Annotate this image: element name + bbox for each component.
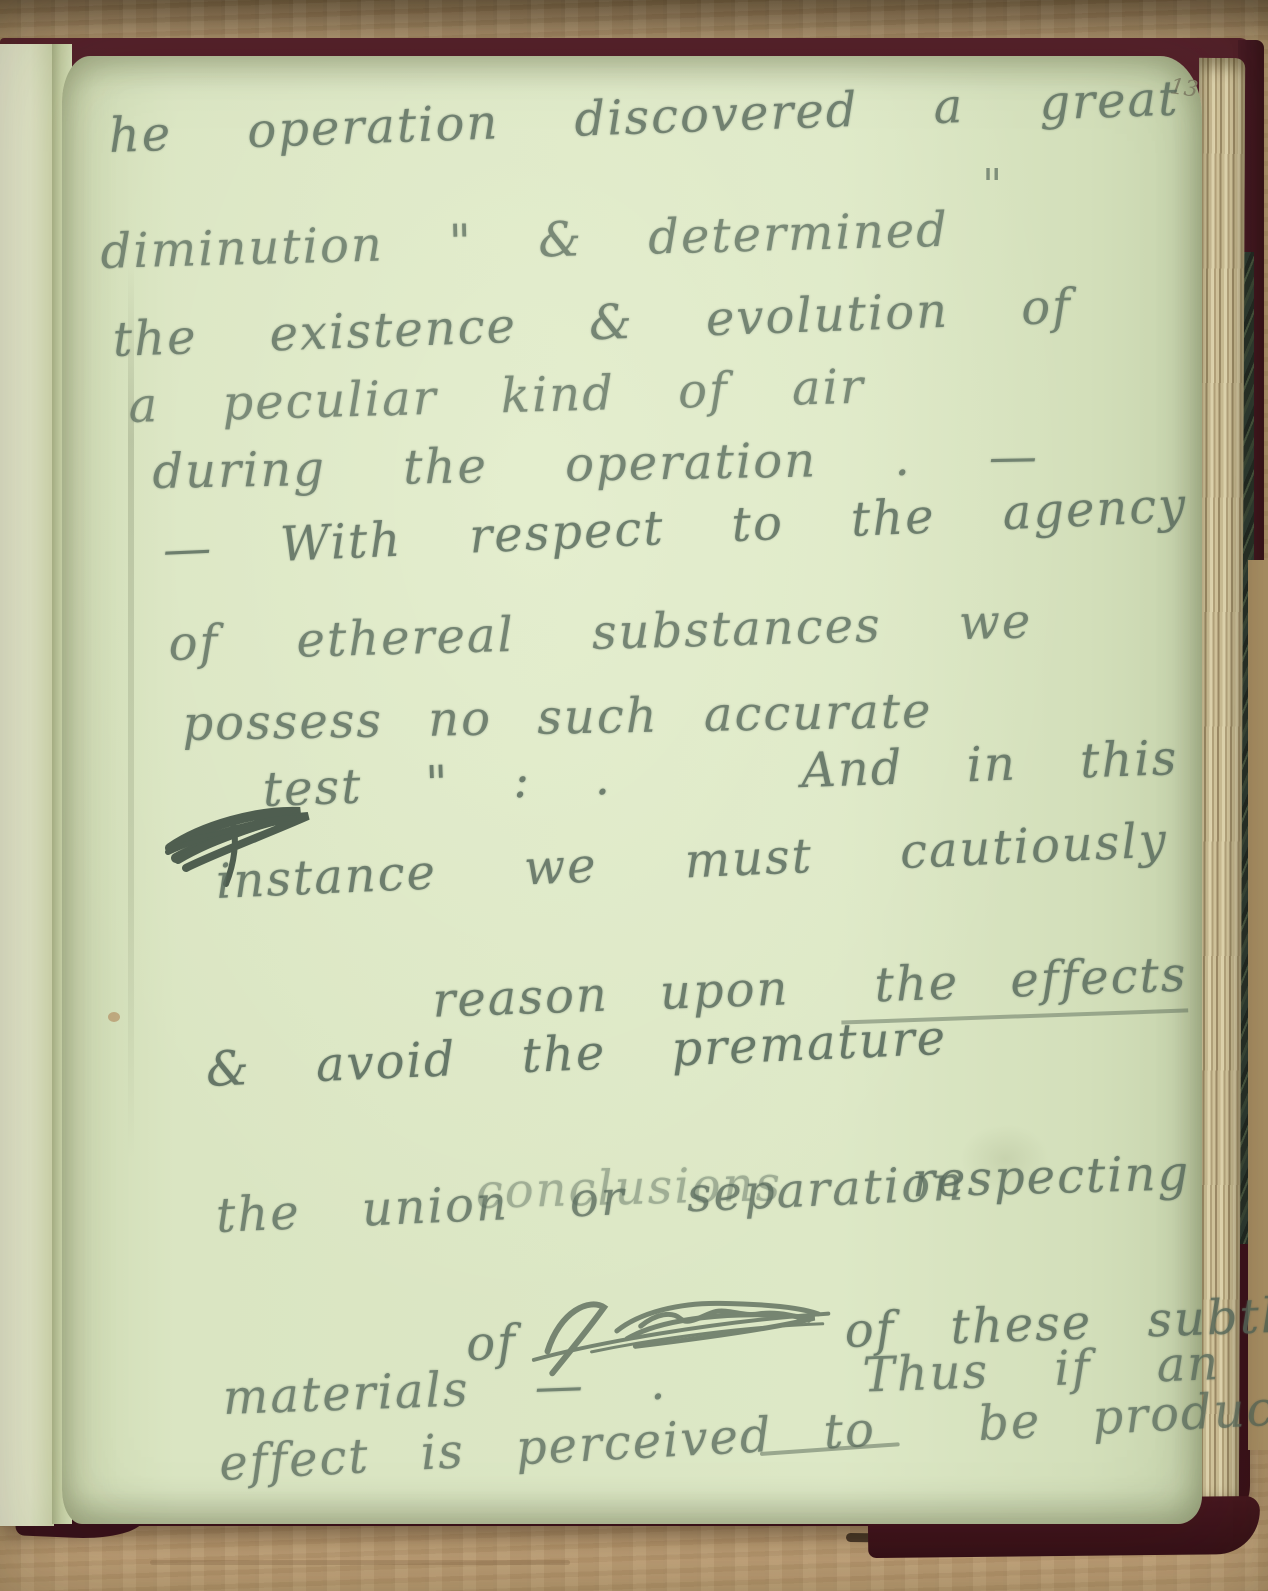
manuscript-line: possess no such accurate — [182, 687, 933, 748]
wood-grain-streak — [150, 1560, 570, 1565]
notebook-photo: 13 he operation discovered a great dimin… — [0, 0, 1268, 1591]
manuscript-line: during the operation . — — [152, 433, 1039, 496]
floating-quote-mark: " — [982, 160, 1002, 211]
facing-page-edge — [0, 44, 54, 1526]
paper-stain — [108, 1012, 120, 1022]
